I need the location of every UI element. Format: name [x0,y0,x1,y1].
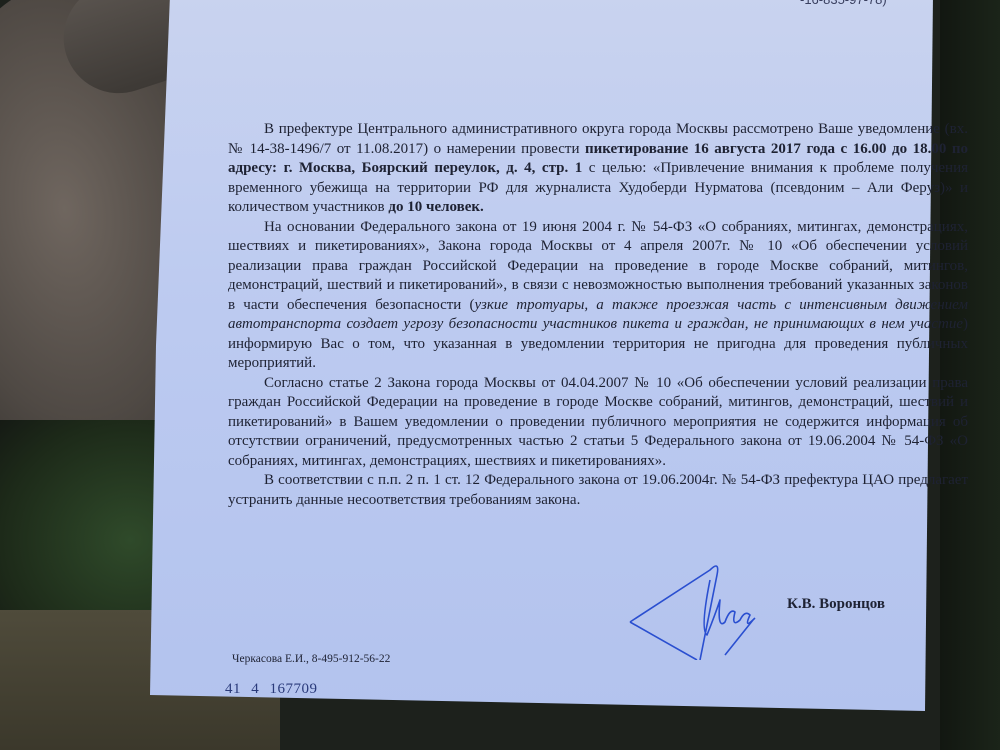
letter-paragraph: На основании Федерального закона от 19 и… [228,218,968,374]
text-run: Согласно статье 2 Закона города Москвы о… [228,375,968,469]
header-phone-fragment: -16-835-97-78) [800,0,887,7]
text-run: до 10 человек. [388,199,483,215]
letter-paragraph: В соответствии с п.п. 2 п. 1 ст. 12 Феде… [228,471,968,510]
letter-paragraph: Согласно статье 2 Закона города Москвы о… [228,374,968,472]
executor-contact: Черкасова Е.И., 8-495-912-56-22 [232,653,390,665]
letter-body: В префектуре Центрального административн… [228,120,968,510]
signatory-name: К.В. Воронцов [787,596,885,613]
signature-icon [625,560,785,660]
registration-number: 41 4 167709 [225,681,318,698]
letter-paragraph: В префектуре Центрального административн… [228,120,968,218]
text-run: В соответствии с п.п. 2 п. 1 ст. 12 Феде… [228,472,968,508]
